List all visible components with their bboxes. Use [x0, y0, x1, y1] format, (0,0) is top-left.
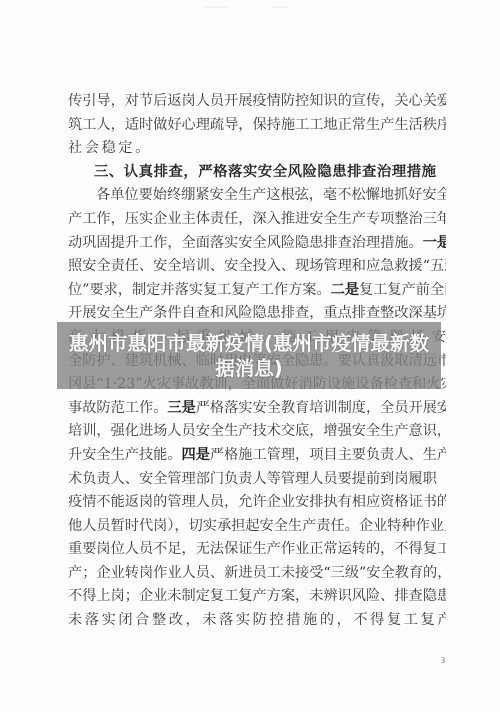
paragraph-line: 培训，强化进场人员安全生产技术交底，增强安全生产意识，提 [68, 420, 446, 444]
line-text: 严格施工管理，项目主要负责人、生产技 [210, 447, 446, 463]
scan-artifact [272, 6, 288, 8]
emphasis-text: 四是 [182, 447, 210, 463]
emphasis-text: 一是 [423, 235, 446, 251]
line-text: 严格落实安全教育培训制度，全员开展安全 [196, 400, 446, 416]
line-text: 位”要求，制定并落实复工复产工作方案。 [68, 282, 331, 298]
paragraph-line: 各单位要始终绷紧安全生产这根弦，毫不松懈地抓好安全生 [68, 184, 446, 208]
section-heading: 三、认真排查，严格落实安全风险隐患排查治理措施 [68, 161, 446, 185]
paragraph-line: 重要岗位人员不足，无法保证生产作业正常运转的，不得复工复 [68, 538, 446, 562]
emphasis-text: 三是 [167, 400, 195, 416]
paragraph-line: 产工作，压实企业主体责任，深入推进安全生产专项整治三年行 [68, 208, 446, 232]
paragraph-line: 事故防范工作。三是严格落实安全教育培训制度，全员开展安全 [68, 397, 446, 421]
paragraph-line: 筑工人，适时做好心理疏导，保持施工工地正常生产生活秩序和 [68, 114, 446, 138]
paragraph-line: 升安全生产技能。四是严格施工管理，项目主要负责人、生产技 [68, 444, 446, 468]
emphasis-text: 二是 [331, 282, 359, 298]
paragraph-line: 位”要求，制定并落实复工复产工作方案。二是复工复产前全面 [68, 279, 446, 303]
paragraph-line: 产；企业转岗作业人员、新进员工未接受“三级”安全教育的， [68, 562, 446, 586]
paragraph-line: 术负责人、安全管理部门负责人等管理人员要提前到岗履职（因 [68, 468, 446, 492]
paragraph-line: 社会稳定。 [68, 137, 446, 161]
paragraph-line: 照安全责任、安全培训、安全投入、现场管理和应急救援“五到 [68, 255, 446, 279]
scan-artifact [205, 6, 227, 8]
overlay-title-text: 惠州市惠阳市最新疫情(惠州市疫情最新数据消息) [69, 331, 429, 381]
line-text: 动巩固提升工作，全面落实安全风险隐患排查治理措施。 [68, 235, 423, 251]
paragraph-line: 传引导，对节后返岗人员开展疫情防控知识的宣传，关心关爱建 [68, 90, 446, 114]
title-overlay: 惠州市惠阳市最新疫情(惠州市疫情最新数据消息) [57, 322, 441, 389]
page-number: 3 [441, 656, 445, 665]
line-text: 事故防范工作。 [68, 400, 167, 416]
line-text: 升安全生产技能。 [68, 447, 182, 463]
paragraph-line: 他人员暂时代岗），切实承担起安全生产责任。企业特种作业人员、 [68, 515, 446, 539]
paragraph-line: 动巩固提升工作，全面落实安全风险隐患排查治理措施。一是按 [68, 232, 446, 256]
paragraph-line: 疫情不能返岗的管理人员，允许企业安排执有相应资格证书的其 [68, 491, 446, 515]
line-text: 复工复产前全面 [359, 282, 446, 298]
paragraph-line: 未落实闭合整改，未落实防控措施的，不得复工复产。 [68, 609, 446, 633]
paragraph-line: 不得上岗；企业未制定复工复产方案，未辨识风险、排查隐患， [68, 585, 446, 609]
